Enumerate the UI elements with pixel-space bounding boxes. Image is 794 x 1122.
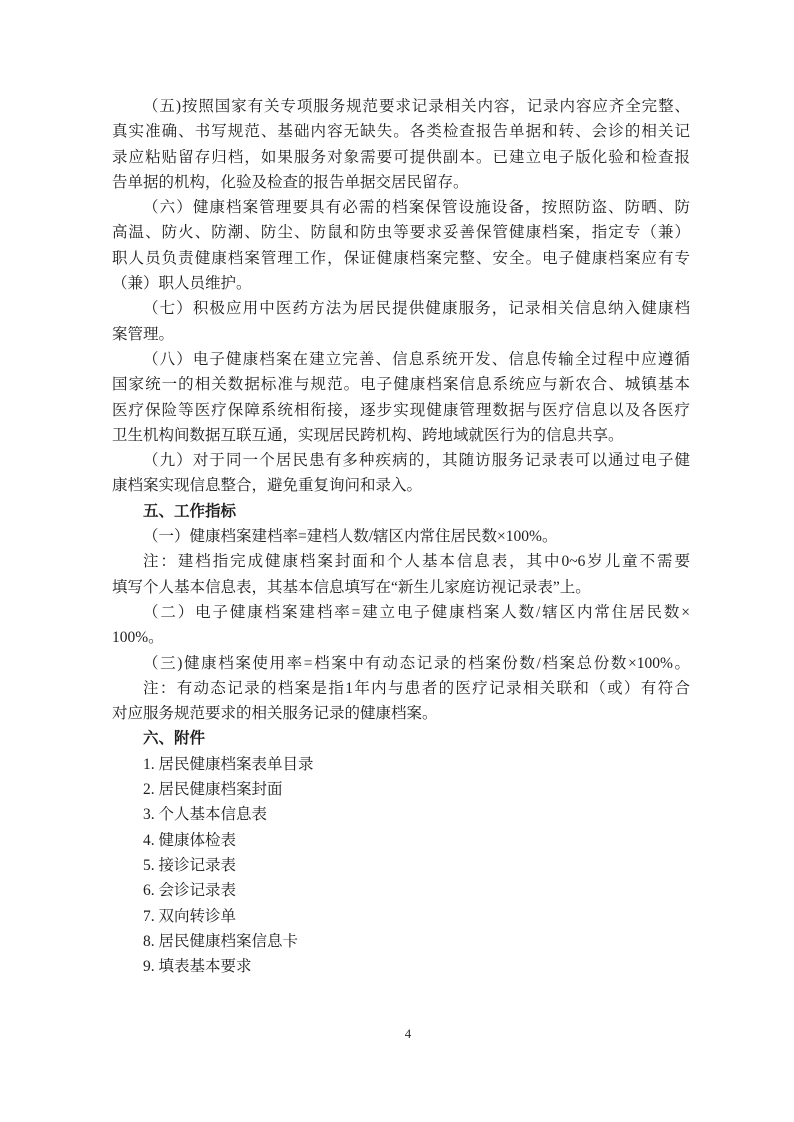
indicator-3-note: 注：有动态记录的档案是指1年内与患者的医疗记录相关联和（或）有符合 对应服务规范… bbox=[112, 676, 690, 727]
indicator-1-note: 注：建档指完成健康档案封面和个人基本信息表，其中0~6岁儿童不需要 填写个人基本… bbox=[112, 549, 690, 600]
text-line: （三)健康档案使用率=档案中有动态记录的档案份数/档案总份数×100%。 bbox=[112, 651, 690, 676]
indicator-1: （一）健康档案建档率=建档人数/辖区内常住居民数×100%。 bbox=[112, 524, 690, 549]
attachment-list-item: 8. 居民健康档案信息卡 bbox=[112, 929, 690, 954]
document-text-block: （五)按照国家有关专项服务规范要求记录相关内容，记录内容应齐全完整、 真实准确、… bbox=[112, 94, 690, 979]
text-line: 注：有动态记录的档案是指1年内与患者的医疗记录相关联和（或）有符合 bbox=[112, 676, 690, 701]
document-page: （五)按照国家有关专项服务规范要求记录相关内容，记录内容应齐全完整、 真实准确、… bbox=[0, 0, 794, 1122]
attachment-list-item: 7. 双向转诊单 bbox=[112, 904, 690, 929]
text-line: （二）电子健康档案建档率=建立电子健康档案人数/辖区内常住居民数× bbox=[112, 600, 690, 625]
paragraph-5: （五)按照国家有关专项服务规范要求记录相关内容，记录内容应齐全完整、 真实准确、… bbox=[112, 94, 690, 195]
text-line: 职人员负责健康档案管理工作，保证健康档案完整、安全。电子健康档案应有专 bbox=[112, 246, 690, 271]
page-number: 4 bbox=[112, 1026, 704, 1042]
text-line: （一）健康档案建档率=建档人数/辖区内常住居民数×100%。 bbox=[112, 524, 690, 549]
text-line: 注：建档指完成健康档案封面和个人基本信息表，其中0~6岁儿童不需要 bbox=[112, 549, 690, 574]
text-line: 案管理。 bbox=[112, 322, 690, 347]
paragraph-7: （七）积极应用中医药方法为居民提供健康服务，记录相关信息纳入健康档 案管理。 bbox=[112, 296, 690, 347]
text-line: 医疗保险等医疗保障系统相衔接，逐步实现健康管理数据与医疗信息以及各医疗 bbox=[112, 398, 690, 423]
text-line: （八）电子健康档案在建立完善、信息系统开发、信息传输全过程中应遵循 bbox=[112, 347, 690, 372]
paragraph-8: （八）电子健康档案在建立完善、信息系统开发、信息传输全过程中应遵循 国家统一的相… bbox=[112, 347, 690, 448]
attachment-list-item: 1. 居民健康档案表单目录 bbox=[112, 752, 690, 777]
text-line: 卫生机构间数据互联互通，实现居民跨机构、跨地域就医行为的信息共享。 bbox=[112, 423, 690, 448]
section-heading-work-indicators: 五、工作指标 bbox=[112, 499, 690, 524]
text-line: 真实准确、书写规范、基础内容无缺失。各类检查报告单据和转、会诊的相关记 bbox=[112, 119, 690, 144]
text-line: 高温、防火、防潮、防尘、防鼠和防虫等要求妥善保管健康档案，指定专（兼） bbox=[112, 220, 690, 245]
attachment-list-item: 5. 接诊记录表 bbox=[112, 853, 690, 878]
attachment-list-item: 6. 会诊记录表 bbox=[112, 878, 690, 903]
text-line: 对应服务规范要求的相关服务记录的健康档案。 bbox=[112, 701, 690, 726]
text-line: （兼）职人员维护。 bbox=[112, 271, 690, 296]
indicator-2: （二）电子健康档案建档率=建立电子健康档案人数/辖区内常住居民数× 100%。 bbox=[112, 600, 690, 651]
text-line: 康档案实现信息整合，避免重复询问和录入。 bbox=[112, 473, 690, 498]
text-line: （九）对于同一个居民患有多种疾病的，其随访服务记录表可以通过电子健 bbox=[112, 448, 690, 473]
text-line: （七）积极应用中医药方法为居民提供健康服务，记录相关信息纳入健康档 bbox=[112, 296, 690, 321]
section-heading-attachments: 六、附件 bbox=[112, 726, 690, 751]
text-line: 录应粘贴留存归档，如果服务对象需要可提供副本。已建立电子版化验和检查报 bbox=[112, 145, 690, 170]
paragraph-9: （九）对于同一个居民患有多种疾病的，其随访服务记录表可以通过电子健 康档案实现信… bbox=[112, 448, 690, 499]
attachment-list-item: 9. 填表基本要求 bbox=[112, 954, 690, 979]
text-line: 100%。 bbox=[112, 625, 690, 650]
text-line: 填写个人基本信息表，其基本信息填写在“新生儿家庭访视记录表”上。 bbox=[112, 575, 690, 600]
indicator-3: （三)健康档案使用率=档案中有动态记录的档案份数/档案总份数×100%。 bbox=[112, 651, 690, 676]
text-line: （五)按照国家有关专项服务规范要求记录相关内容，记录内容应齐全完整、 bbox=[112, 94, 690, 119]
paragraph-6: （六）健康档案管理要具有必需的档案保管设施设备，按照防盗、防晒、防 高温、防火、… bbox=[112, 195, 690, 296]
attachment-list: 1. 居民健康档案表单目录 2. 居民健康档案封面 3. 个人基本信息表 4. … bbox=[112, 752, 690, 980]
text-line: （六）健康档案管理要具有必需的档案保管设施设备，按照防盗、防晒、防 bbox=[112, 195, 690, 220]
attachment-list-item: 3. 个人基本信息表 bbox=[112, 802, 690, 827]
attachment-list-item: 2. 居民健康档案封面 bbox=[112, 777, 690, 802]
attachment-list-item: 4. 健康体检表 bbox=[112, 828, 690, 853]
text-line: 国家统一的相关数据标准与规范。电子健康档案信息系统应与新农合、城镇基本 bbox=[112, 372, 690, 397]
text-line: 告单据的机构，化验及检查的报告单据交居民留存。 bbox=[112, 170, 690, 195]
